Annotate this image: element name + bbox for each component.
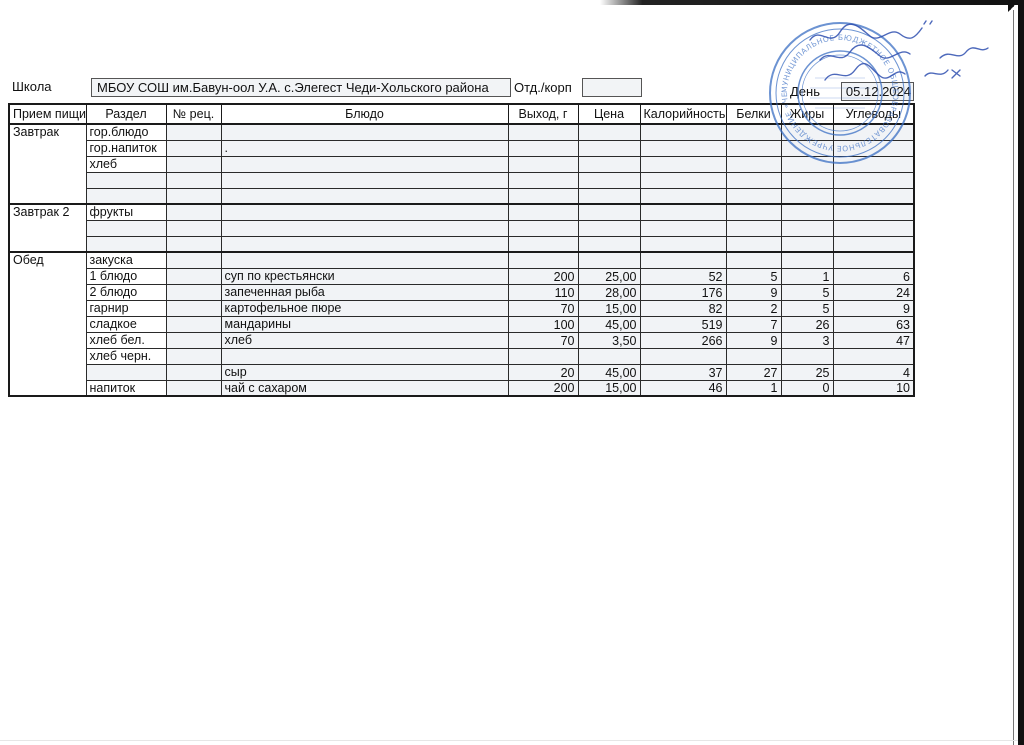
dish-cell[interactable] [221, 172, 508, 188]
yield-cell[interactable] [508, 236, 578, 252]
meal-cell: Обед [9, 252, 86, 396]
price-cell[interactable] [578, 124, 640, 140]
calories-cell[interactable]: 266 [640, 332, 726, 348]
calories-cell[interactable] [640, 124, 726, 140]
yield-cell[interactable] [508, 172, 578, 188]
carbs-cell[interactable]: 47 [833, 332, 914, 348]
protein-cell[interactable] [726, 188, 781, 204]
section-cell[interactable]: фрукты [86, 204, 166, 220]
column-header-calories: Калорийность [640, 104, 726, 124]
table-row: 1 блюдосуп по крестьянски20025,0052516 [9, 268, 914, 284]
recipe-cell[interactable] [166, 300, 221, 316]
signature-icon [800, 18, 990, 88]
protein-cell[interactable]: 27 [726, 364, 781, 380]
calories-cell[interactable] [640, 220, 726, 236]
section-cell[interactable]: 2 блюдо [86, 284, 166, 300]
price-cell[interactable] [578, 348, 640, 364]
table-row [9, 172, 914, 188]
fat-cell[interactable] [781, 172, 833, 188]
yield-cell[interactable]: 200 [508, 268, 578, 284]
recipe-cell[interactable] [166, 380, 221, 396]
carbs-cell[interactable] [833, 124, 914, 140]
section-cell[interactable]: закуска [86, 252, 166, 268]
dish-cell[interactable]: чай с сахаром [221, 380, 508, 396]
yield-cell[interactable]: 20 [508, 364, 578, 380]
scan-edge-right [1018, 0, 1024, 745]
table-row: хлеб [9, 156, 914, 172]
dish-cell[interactable]: мандарины [221, 316, 508, 332]
price-cell[interactable] [578, 220, 640, 236]
yield-cell[interactable] [508, 220, 578, 236]
price-cell[interactable]: 45,00 [578, 364, 640, 380]
recipe-cell[interactable] [166, 284, 221, 300]
table-row [9, 220, 914, 236]
recipe-cell[interactable] [166, 348, 221, 364]
recipe-cell[interactable] [166, 156, 221, 172]
recipe-cell[interactable] [166, 316, 221, 332]
scan-edge-top [600, 0, 1024, 5]
fat-cell[interactable] [781, 204, 833, 220]
section-cell[interactable] [86, 188, 166, 204]
dish-cell[interactable]: суп по крестьянски [221, 268, 508, 284]
protein-cell[interactable]: 7 [726, 316, 781, 332]
price-cell[interactable]: 45,00 [578, 316, 640, 332]
fat-cell[interactable] [781, 236, 833, 252]
table-row: Завтракгор.блюдо [9, 124, 914, 140]
carbs-cell[interactable]: 10 [833, 380, 914, 396]
fat-cell[interactable] [781, 220, 833, 236]
column-header-price: Цена [578, 104, 640, 124]
fat-cell[interactable] [781, 188, 833, 204]
protein-cell[interactable] [726, 124, 781, 140]
calories-cell[interactable] [640, 204, 726, 220]
school-label: Школа [12, 79, 52, 95]
price-cell[interactable] [578, 236, 640, 252]
protein-cell[interactable]: 9 [726, 332, 781, 348]
carbs-cell[interactable] [833, 252, 914, 268]
yield-cell[interactable] [508, 188, 578, 204]
carbs-cell[interactable] [833, 204, 914, 220]
fat-cell[interactable] [781, 124, 833, 140]
scan-edge-bottom [0, 740, 1018, 741]
day-label: День [790, 84, 820, 100]
calories-cell[interactable]: 37 [640, 364, 726, 380]
table-row: Обедзакуска [9, 252, 914, 268]
section-cell[interactable]: хлеб бел. [86, 332, 166, 348]
section-cell[interactable]: 1 блюдо [86, 268, 166, 284]
dish-cell[interactable]: сыр [221, 364, 508, 380]
calories-cell[interactable]: 519 [640, 316, 726, 332]
fat-cell[interactable]: 5 [781, 284, 833, 300]
fat-cell[interactable]: 26 [781, 316, 833, 332]
school-name-field[interactable]: МБОУ СОШ им.Бавун-оол У.А. с.Элегест Чед… [91, 78, 511, 97]
column-header-recipe: № рец. [166, 104, 221, 124]
dish-cell[interactable] [221, 236, 508, 252]
protein-cell[interactable] [726, 252, 781, 268]
protein-cell[interactable] [726, 204, 781, 220]
day-field[interactable]: 05.12.2024 [841, 82, 914, 101]
fat-cell[interactable] [781, 156, 833, 172]
calories-cell[interactable] [640, 236, 726, 252]
price-cell[interactable]: 15,00 [578, 380, 640, 396]
recipe-cell[interactable] [166, 124, 221, 140]
carbs-cell[interactable] [833, 140, 914, 156]
meal-cell: Завтрак 2 [9, 204, 86, 252]
yield-cell[interactable]: 70 [508, 300, 578, 316]
recipe-cell[interactable] [166, 332, 221, 348]
price-cell[interactable] [578, 140, 640, 156]
dish-cell[interactable] [221, 156, 508, 172]
yield-cell[interactable] [508, 156, 578, 172]
yield-cell[interactable] [508, 348, 578, 364]
price-cell[interactable]: 25,00 [578, 268, 640, 284]
table-row: хлеб бел.хлеб703,502669347 [9, 332, 914, 348]
fat-cell[interactable]: 5 [781, 300, 833, 316]
table-row: напитокчай с сахаром20015,00461010 [9, 380, 914, 396]
section-cell[interactable] [86, 172, 166, 188]
price-cell[interactable]: 28,00 [578, 284, 640, 300]
recipe-cell[interactable] [166, 172, 221, 188]
column-header-section: Раздел [86, 104, 166, 124]
dish-cell[interactable]: хлеб [221, 332, 508, 348]
carbs-cell[interactable] [833, 236, 914, 252]
section-cell[interactable]: гор.блюдо [86, 124, 166, 140]
column-header-carbs: Углеводы [833, 104, 914, 124]
yield-cell[interactable] [508, 252, 578, 268]
calories-cell[interactable] [640, 348, 726, 364]
carbs-cell[interactable]: 4 [833, 364, 914, 380]
recipe-cell[interactable] [166, 140, 221, 156]
table-row: сладкоемандарины10045,0051972663 [9, 316, 914, 332]
dish-cell[interactable] [221, 252, 508, 268]
dept-label: Отд./корп [514, 80, 572, 96]
yield-cell[interactable]: 70 [508, 332, 578, 348]
dish-cell[interactable]: картофельное пюре [221, 300, 508, 316]
price-cell[interactable] [578, 188, 640, 204]
yield-cell[interactable] [508, 124, 578, 140]
dept-field[interactable] [582, 78, 642, 97]
carbs-cell[interactable]: 24 [833, 284, 914, 300]
recipe-cell[interactable] [166, 252, 221, 268]
table-row: сыр2045,003727254 [9, 364, 914, 380]
calories-cell[interactable] [640, 252, 726, 268]
carbs-cell[interactable]: 6 [833, 268, 914, 284]
protein-cell[interactable] [726, 172, 781, 188]
calories-cell[interactable]: 176 [640, 284, 726, 300]
price-cell[interactable]: 15,00 [578, 300, 640, 316]
price-cell[interactable]: 3,50 [578, 332, 640, 348]
calories-cell[interactable] [640, 140, 726, 156]
recipe-cell[interactable] [166, 204, 221, 220]
table-row [9, 236, 914, 252]
recipe-cell[interactable] [166, 220, 221, 236]
fat-cell[interactable] [781, 348, 833, 364]
carbs-cell[interactable] [833, 188, 914, 204]
table-row [9, 188, 914, 204]
scan-edge-line [1013, 10, 1014, 745]
section-cell[interactable] [86, 236, 166, 252]
section-cell[interactable] [86, 220, 166, 236]
column-header-yield: Выход, г [508, 104, 578, 124]
yield-cell[interactable]: 100 [508, 316, 578, 332]
table-header-row: Прием пищиРаздел№ рец.БлюдоВыход, гЦенаК… [9, 104, 914, 124]
protein-cell[interactable]: 5 [726, 268, 781, 284]
recipe-cell[interactable] [166, 236, 221, 252]
carbs-cell[interactable]: 63 [833, 316, 914, 332]
fat-cell[interactable]: 3 [781, 332, 833, 348]
dish-cell[interactable] [221, 124, 508, 140]
protein-cell[interactable] [726, 348, 781, 364]
menu-table: Прием пищиРаздел№ рец.БлюдоВыход, гЦенаК… [8, 103, 915, 397]
dish-cell[interactable]: . [221, 140, 508, 156]
yield-cell[interactable]: 110 [508, 284, 578, 300]
price-cell[interactable] [578, 204, 640, 220]
table-row: гор.напиток. [9, 140, 914, 156]
dish-cell[interactable] [221, 348, 508, 364]
calories-cell[interactable] [640, 188, 726, 204]
yield-cell[interactable]: 200 [508, 380, 578, 396]
fat-cell[interactable] [781, 252, 833, 268]
table-row: Завтрак 2фрукты [9, 204, 914, 220]
dish-cell[interactable] [221, 220, 508, 236]
protein-cell[interactable]: 2 [726, 300, 781, 316]
yield-cell[interactable] [508, 204, 578, 220]
recipe-cell[interactable] [166, 188, 221, 204]
protein-cell[interactable]: 1 [726, 380, 781, 396]
carbs-cell[interactable] [833, 348, 914, 364]
section-cell[interactable]: напиток [86, 380, 166, 396]
protein-cell[interactable] [726, 140, 781, 156]
protein-cell[interactable] [726, 220, 781, 236]
price-cell[interactable] [578, 252, 640, 268]
dish-cell[interactable] [221, 204, 508, 220]
protein-cell[interactable] [726, 156, 781, 172]
carbs-cell[interactable] [833, 220, 914, 236]
recipe-cell[interactable] [166, 364, 221, 380]
calories-cell[interactable] [640, 172, 726, 188]
table-row: 2 блюдозапеченная рыба11028,001769524 [9, 284, 914, 300]
fat-cell[interactable] [781, 140, 833, 156]
table-body: Завтракгор.блюдогор.напиток.хлебЗавтрак … [9, 124, 914, 396]
table-row: хлеб черн. [9, 348, 914, 364]
table-row: гарниркартофельное пюре7015,0082259 [9, 300, 914, 316]
meal-cell: Завтрак [9, 124, 86, 204]
calories-cell[interactable]: 52 [640, 268, 726, 284]
calories-cell[interactable]: 82 [640, 300, 726, 316]
protein-cell[interactable] [726, 236, 781, 252]
column-header-fat: Жиры [781, 104, 833, 124]
recipe-cell[interactable] [166, 268, 221, 284]
protein-cell[interactable]: 9 [726, 284, 781, 300]
yield-cell[interactable] [508, 140, 578, 156]
column-header-dish: Блюдо [221, 104, 508, 124]
calories-cell[interactable]: 46 [640, 380, 726, 396]
section-cell[interactable]: хлеб [86, 156, 166, 172]
column-header-protein: Белки [726, 104, 781, 124]
section-cell[interactable] [86, 364, 166, 380]
price-cell[interactable] [578, 156, 640, 172]
section-cell[interactable]: хлеб черн. [86, 348, 166, 364]
fat-cell[interactable]: 25 [781, 364, 833, 380]
fat-cell[interactable]: 1 [781, 268, 833, 284]
fat-cell[interactable]: 0 [781, 380, 833, 396]
dish-cell[interactable] [221, 188, 508, 204]
carbs-cell[interactable] [833, 172, 914, 188]
section-cell[interactable]: гор.напиток [86, 140, 166, 156]
carbs-cell[interactable] [833, 156, 914, 172]
column-header-meal: Прием пищи [9, 104, 86, 124]
section-cell[interactable]: сладкое [86, 316, 166, 332]
calories-cell[interactable] [640, 156, 726, 172]
section-cell[interactable]: гарнир [86, 300, 166, 316]
price-cell[interactable] [578, 172, 640, 188]
dish-cell[interactable]: запеченная рыба [221, 284, 508, 300]
carbs-cell[interactable]: 9 [833, 300, 914, 316]
